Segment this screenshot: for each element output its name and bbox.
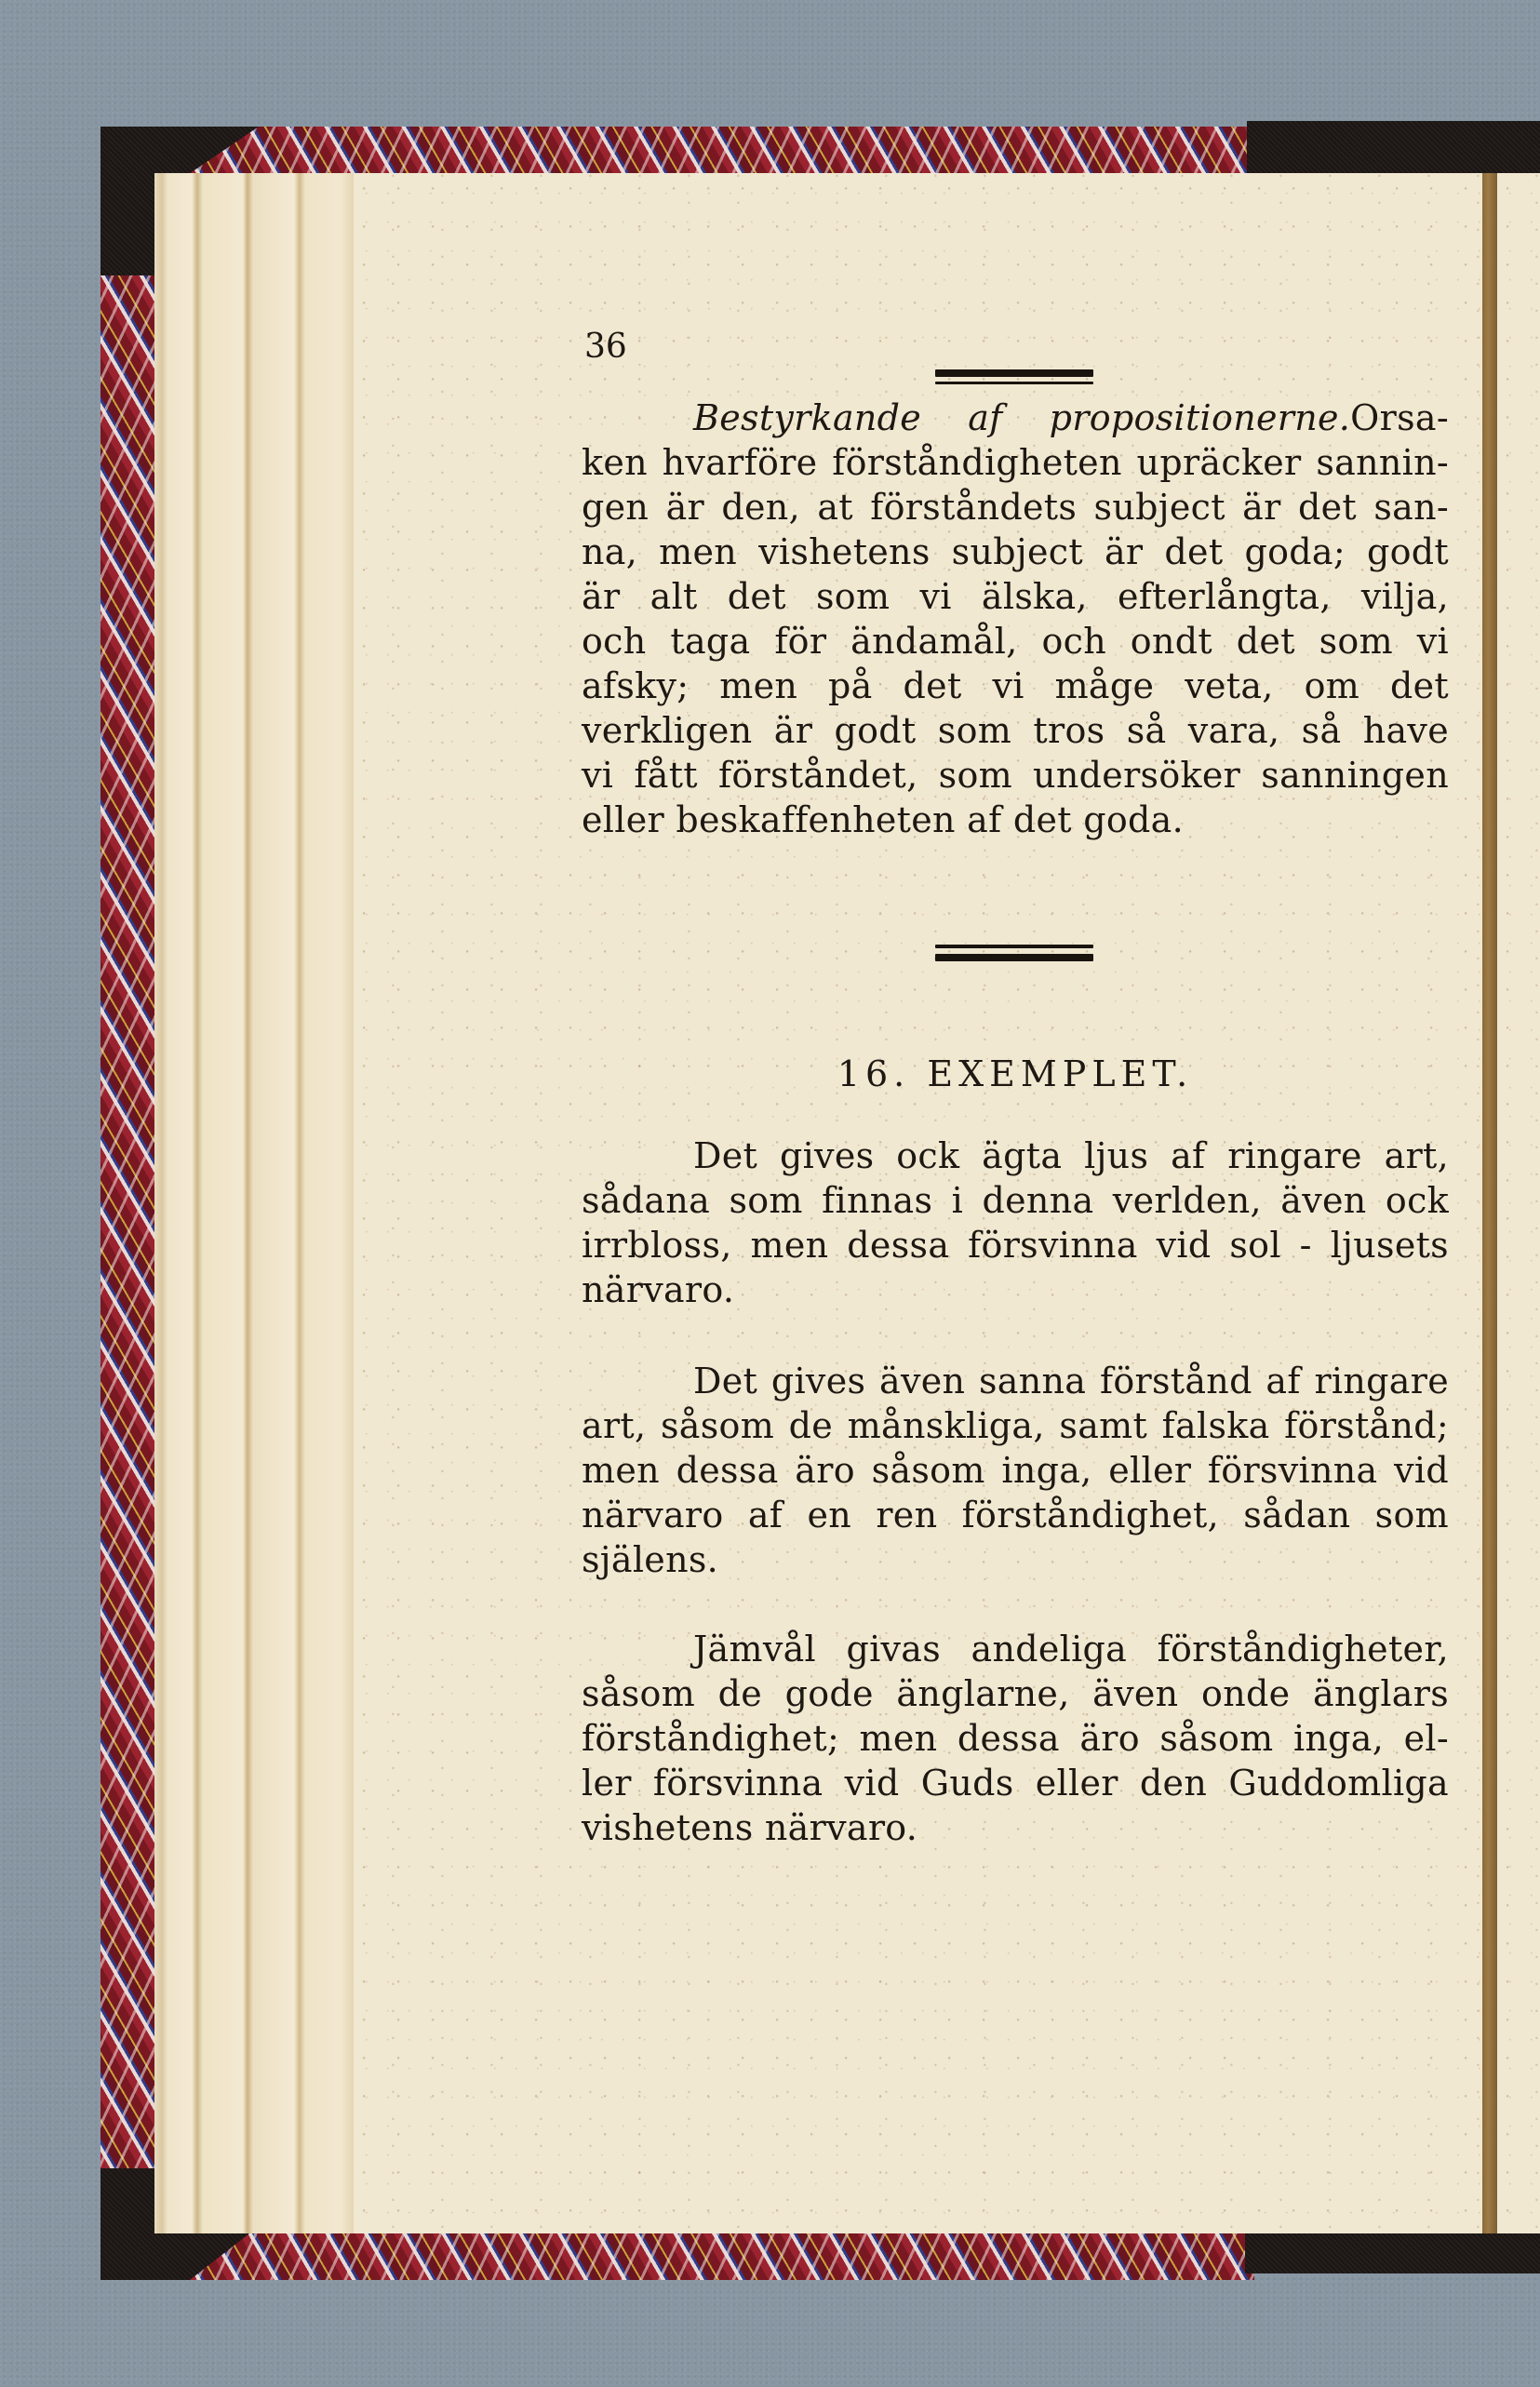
section-divider-rule-thin xyxy=(935,945,1093,948)
header-rule-thick xyxy=(935,369,1093,377)
cover-marbled-top-edge xyxy=(100,127,1254,175)
section-heading: 16. EXEMPLET. xyxy=(582,1052,1449,1096)
text-line: närvaro. xyxy=(582,1267,1449,1312)
header-rule-thin xyxy=(935,382,1093,384)
cover-marbled-bottom-edge xyxy=(100,2233,1254,2280)
text-line: vi fått förståndet, som undersöker sanni… xyxy=(582,753,1449,798)
text-line: själens. xyxy=(582,1537,1449,1582)
cover-leather-bottom-right-strip xyxy=(1245,2229,1540,2273)
text-line: Jämvål givas andeliga förståndigheter, xyxy=(582,1627,1449,1671)
text-line: irrbloss, men dessa försvinna vid sol - … xyxy=(582,1223,1449,1267)
text-line: vishetens närvaro. xyxy=(582,1805,1449,1850)
text-line: eller beskaffenheten af det goda. xyxy=(582,798,1449,842)
text-line: förståndighet; men dessa äro såsom inga,… xyxy=(582,1716,1449,1761)
page-edges-stack xyxy=(154,173,354,2233)
text-line: och taga för ändamål, och ondt det som v… xyxy=(582,619,1449,664)
text-line: är alt det som vi älska, efterlångta, vi… xyxy=(582,574,1449,619)
cover-leather-corner-top-left-side xyxy=(100,127,154,275)
text-line: Det gives ock ägta ljus af ringare art, xyxy=(582,1133,1449,1178)
section-divider-rule-thick xyxy=(935,954,1093,961)
text-line: gen är den, at förståndets subject är de… xyxy=(582,485,1449,530)
text-line: na, men vishetens subject är det goda; g… xyxy=(582,530,1449,574)
text-line: närvaro af en ren förståndighet, sådan s… xyxy=(582,1493,1449,1537)
cover-leather-top-right-strip xyxy=(1247,121,1540,175)
page-gutter-fold xyxy=(1482,173,1497,2233)
text-line: sådana som finnas i denna verlden, även … xyxy=(582,1178,1449,1223)
text-line: såsom de gode änglarne, även onde änglar… xyxy=(582,1671,1449,1716)
page-number: 36 xyxy=(584,328,627,366)
text-line: ler försvinna vid Guds eller den Guddoml… xyxy=(582,1761,1449,1805)
text-line: art, såsom de månskliga, samt falska för… xyxy=(582,1403,1449,1448)
text-line: Bestyrkande af propositionerne. Orsa- xyxy=(582,396,1449,440)
text-line: men dessa äro såsom inga, eller försvinn… xyxy=(582,1448,1449,1493)
paragraph-lead-italic: Bestyrkande af propositionerne. xyxy=(693,397,1350,438)
text-line: verkligen är godt som tros så vara, så h… xyxy=(582,708,1449,753)
next-page-edge xyxy=(1497,173,1540,2233)
text-line: afsky; men på det vi måge veta, om det xyxy=(582,664,1449,708)
cover-marbled-left-edge xyxy=(100,127,154,2252)
text-fragment: Orsa- xyxy=(1350,396,1449,440)
text-line: Det gives även sanna förstånd af ringare xyxy=(582,1359,1449,1403)
text-line: ken hvarföre förståndigheten upräcker sa… xyxy=(582,440,1449,485)
